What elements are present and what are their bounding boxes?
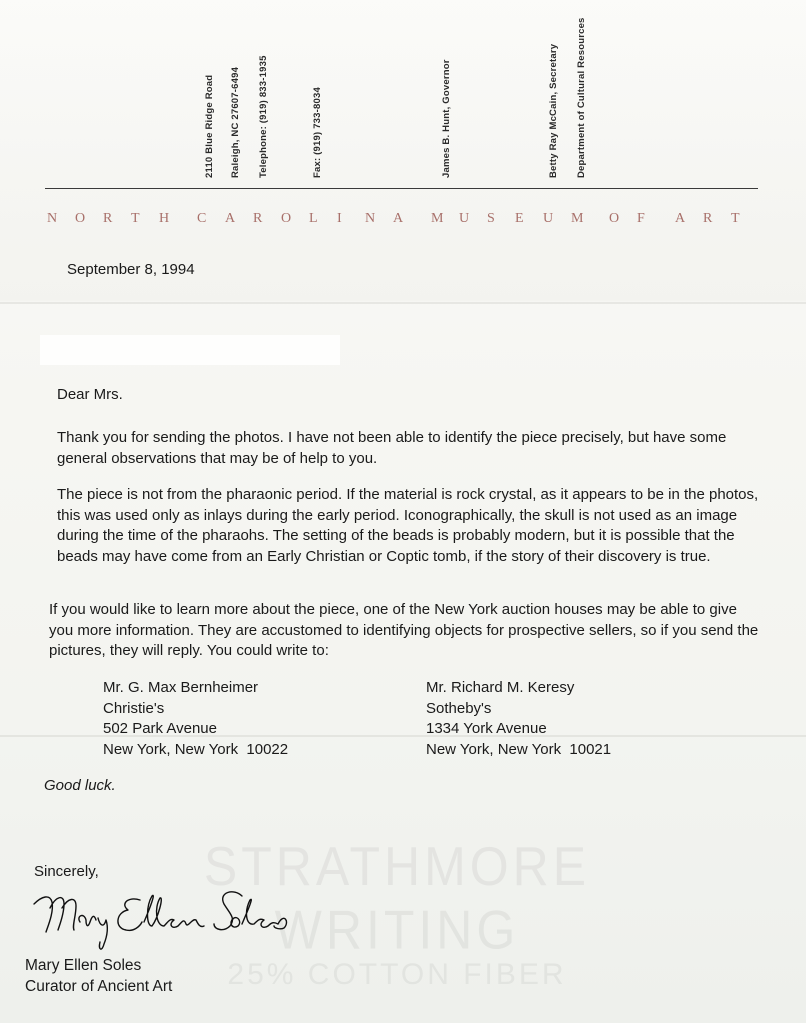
institution-word: NORTH [47,211,187,227]
institution-word: ART [675,211,759,227]
contact-street: 502 Park Avenue [103,719,288,740]
signer-block: Mary Ellen Soles Curator of Ancient Art [25,955,172,997]
paper-fold [0,302,806,304]
signer-title: Curator of Ancient Art [25,976,172,997]
institution-word: OF [609,211,665,227]
salutation: Dear Mrs. [57,386,123,403]
contact-company: Christie's [103,699,288,720]
letterhead-department: Department of Cultural Resources [576,8,587,178]
institution-name: NORTHCAROLINAMUSEUMOFART [47,211,759,227]
letterhead-secretary: Betty Ray McCain, Secretary [548,34,559,178]
contact-city: New York, New York 10021 [426,740,611,761]
letterhead-rule [45,188,758,189]
contact-name: Mr. Richard M. Keresy [426,678,611,699]
institution-word: MUSEUM [431,211,599,227]
paragraph-1: Thank you for sending the photos. I have… [57,428,767,469]
good-luck-note: Good luck. [44,777,116,794]
closing: Sincerely, [34,863,99,880]
letter-date: September 8, 1994 [67,261,195,278]
contact-company: Sotheby's [426,699,611,720]
letterhead-street: 2110 Blue Ridge Road [204,68,215,178]
contact-name: Mr. G. Max Bernheimer [103,678,288,699]
handwritten-signature: Mary Ellen Soles [28,882,328,957]
letterhead-telephone: Telephone: (919) 833-1935 [258,42,269,178]
letterhead-fax: Fax: (919) 733-8034 [312,76,323,178]
signer-name: Mary Ellen Soles [25,955,172,976]
contact-street: 1334 York Avenue [426,719,611,740]
paragraph-2: The piece is not from the pharaonic peri… [57,485,767,567]
contact-sothebys: Mr. Richard M. Keresy Sotheby's 1334 Yor… [426,678,611,760]
redacted-recipient [40,335,340,365]
paragraph-3: If you would like to learn more about th… [49,600,761,662]
letterhead-city: Raleigh, NC 27607-6494 [230,60,241,178]
contact-city: New York, New York 10022 [103,740,288,761]
institution-word: CAROLINA [197,211,421,227]
contact-christies: Mr. G. Max Bernheimer Christie's 502 Par… [103,678,288,760]
letterhead-governor: James B. Hunt, Governor [441,48,452,178]
